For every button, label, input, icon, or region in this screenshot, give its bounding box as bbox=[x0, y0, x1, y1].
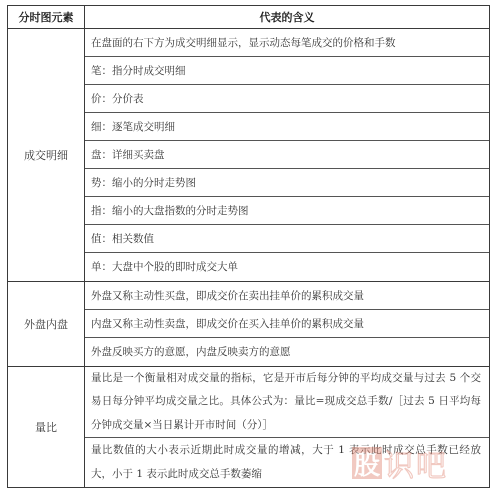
element-meaning-table: 分时图元素 代表的含义 成交明细 在盘面的右下方为成交明细显示，显示动态每笔成交… bbox=[7, 5, 490, 488]
group-label: 量比 bbox=[8, 367, 85, 487]
group-outer-inner: 外盘内盘 外盘又称主动性买盘，即成交价在卖出挂单价的累积成交量 内盘又称主动性卖… bbox=[8, 282, 489, 367]
table-row: 外盘反映买方的意愿，内盘反映卖方的意愿 bbox=[85, 338, 489, 366]
header-meaning: 代表的含义 bbox=[85, 6, 489, 28]
table-row: 量比是一个衡量相对成交量的指标，它是开市后每分钟的平均成交量与过去 5 个交易日… bbox=[85, 367, 489, 438]
table-row: 势：缩小的分时走势图 bbox=[85, 169, 489, 197]
group-label: 外盘内盘 bbox=[8, 282, 85, 366]
header-element: 分时图元素 bbox=[8, 6, 85, 28]
group-label: 成交明细 bbox=[8, 29, 85, 281]
table-row: 价：分价表 bbox=[85, 85, 489, 113]
group-volume-ratio: 量比 量比是一个衡量相对成交量的指标，它是开市后每分钟的平均成交量与过去 5 个… bbox=[8, 367, 489, 487]
table-row: 细：逐笔成交明细 bbox=[85, 113, 489, 141]
group-trade-details: 成交明细 在盘面的右下方为成交明细显示，显示动态每笔成交的价格和手数 笔：指分时… bbox=[8, 29, 489, 282]
table-row: 值：相关数值 bbox=[85, 225, 489, 253]
table-row: 外盘又称主动性买盘，即成交价在卖出挂单价的累积成交量 bbox=[85, 282, 489, 310]
table-row: 盘：详细买卖盘 bbox=[85, 141, 489, 169]
table-row: 单：大盘中个股的即时成交大单 bbox=[85, 253, 489, 281]
table-row: 笔：指分时成交明细 bbox=[85, 57, 489, 85]
table-row: 在盘面的右下方为成交明细显示，显示动态每笔成交的价格和手数 bbox=[85, 29, 489, 57]
table-row: 量比数值的大小表示近期此时成交量的增减，大于 1 表示此时成交总手数已经放大，小… bbox=[85, 438, 489, 487]
table-row: 内盘又称主动性卖盘，即成交价在买入挂单价的累积成交量 bbox=[85, 310, 489, 338]
table-row: 指：缩小的大盘指数的分时走势图 bbox=[85, 197, 489, 225]
table-header: 分时图元素 代表的含义 bbox=[8, 6, 489, 29]
